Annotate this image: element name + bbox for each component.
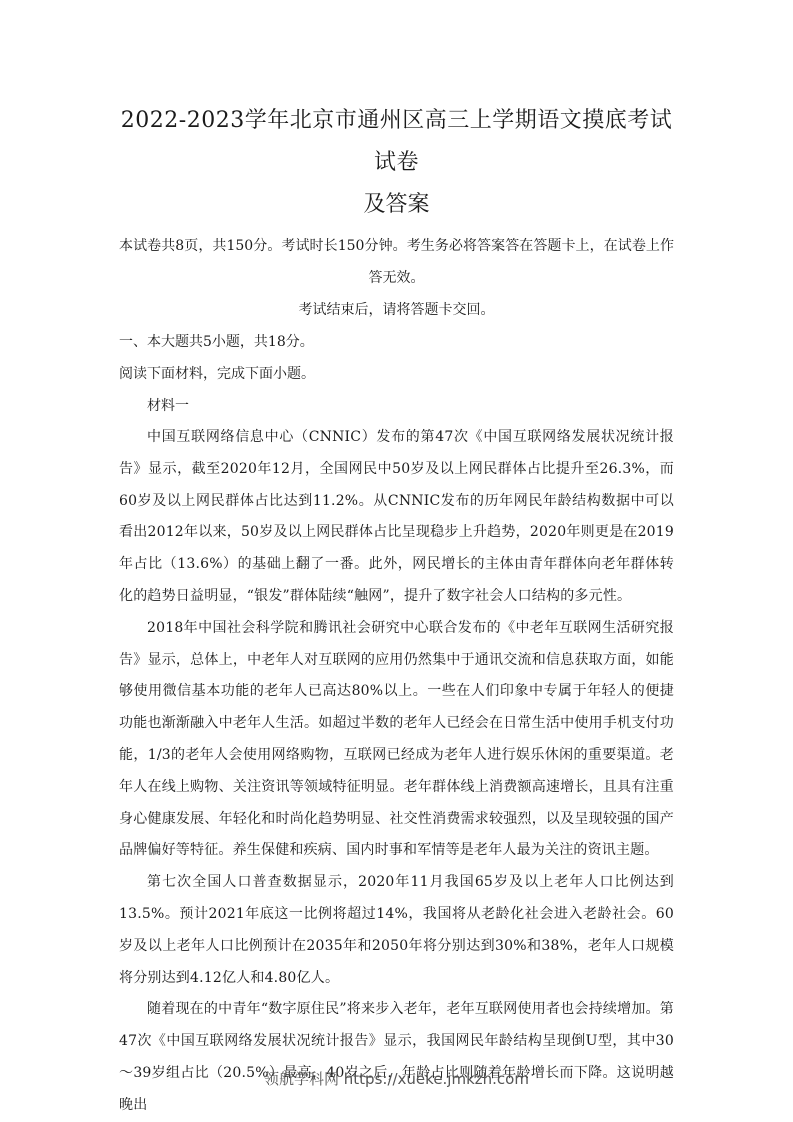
document-page: 2022-2023学年北京市通州区高三上学期语文摸底考试试卷 及答案 本试卷共8…: [119, 100, 674, 1122]
section-heading: 一、本大题共5小题，共18分。: [119, 326, 674, 358]
footer-watermark: 领航学科网 https://xueke.jmkzh.com: [0, 1068, 793, 1089]
paragraph: 随着现在的中青年“数字原住民”将来步入老年，老年互联网使用者也会持续增加。第47…: [119, 994, 674, 1121]
document-title: 2022-2023学年北京市通州区高三上学期语文摸底考试试卷: [119, 100, 674, 184]
document-title-continued: 及答案: [119, 184, 674, 226]
reading-instruction: 阅读下面材料，完成下面小题。: [119, 358, 674, 390]
paragraph: 2018年中国社会科学院和腾讯社会研究中心联合发布的《中老年互联网生活研究报告》…: [119, 613, 674, 867]
exam-notice-end: 考试结束后，请将答题卡交回。: [119, 294, 674, 326]
exam-notice: 本试卷共8页，共150分。考试时长150分钟。考生务必将答案答在答题卡上，在试卷…: [119, 230, 674, 294]
paragraph: 第七次全国人口普查数据显示，2020年11月我国65岁及以上老年人口比例达到13…: [119, 867, 674, 994]
paragraph: 中国互联网络信息中心（CNNIC）发布的第47次《中国互联网络发展状况统计报告》…: [119, 422, 674, 613]
material-label: 材料一: [119, 390, 674, 422]
